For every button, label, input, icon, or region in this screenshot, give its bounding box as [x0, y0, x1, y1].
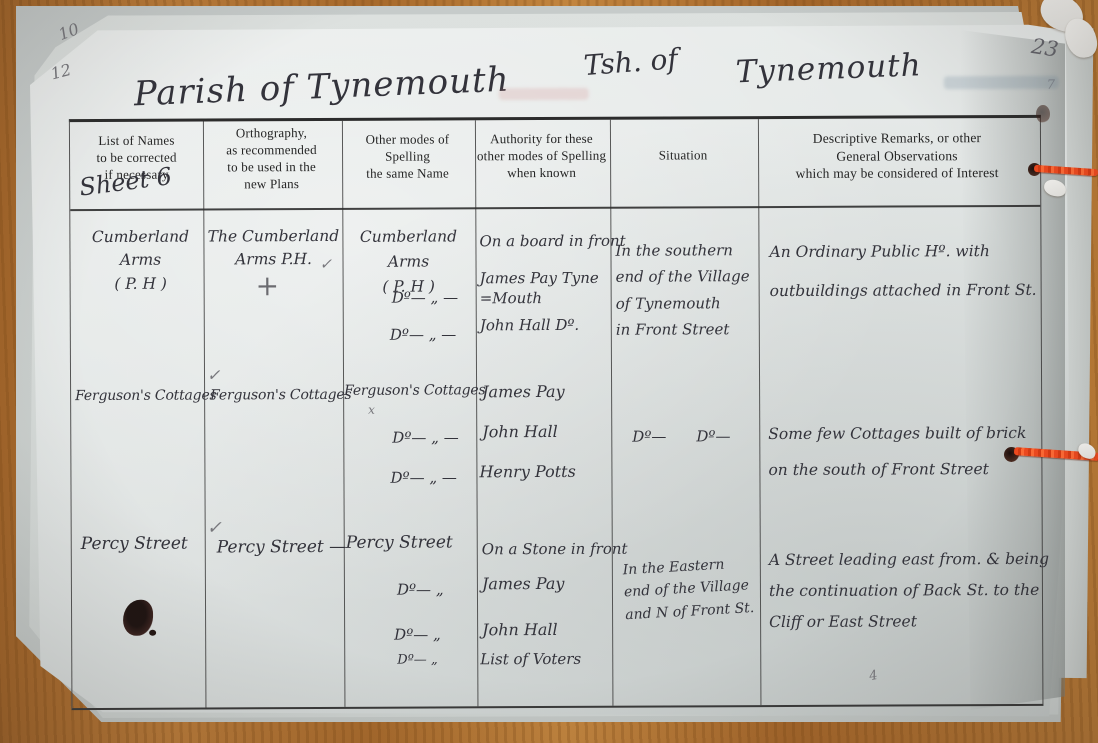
row3-orthography: Percy Street —: [217, 537, 346, 558]
row3-ditto-1: Dº— „: [397, 580, 444, 598]
row2-authority-3: Henry Potts: [479, 462, 575, 481]
row3-name: Percy Street: [81, 534, 188, 554]
column-header-authority: Authority for these other modes of Spell…: [474, 131, 609, 182]
row3-ditto-2: Dº— „: [394, 625, 441, 643]
photo-of-register-page: 10 12 23 7 4 Parish of Tynemouth Tsh. of…: [0, 0, 1098, 743]
folio-number-behind: 10: [56, 19, 82, 44]
row1-check-mark: ✓: [319, 255, 332, 273]
row2-check-mark: ✓: [207, 365, 220, 384]
row2-authority-1: James Pay: [482, 382, 565, 401]
row3-ditto-3: Dº— „: [397, 652, 437, 667]
ink-bleedthrough-blue: [944, 76, 1059, 90]
row3-authority-4: List of Voters: [480, 650, 581, 668]
row1-ditto-2: Dº— „ —: [390, 325, 456, 343]
row2-orthography: Ferguson's Cottages: [210, 387, 351, 404]
ink-blot-dot: [149, 630, 156, 636]
column-header-situation: Situation: [609, 147, 757, 165]
folio-number-current: 12: [49, 60, 73, 83]
folio-number-right: 23: [1030, 34, 1060, 62]
row2-authority-2: John Hall: [482, 422, 558, 441]
row3-remarks: A Street leading east from. & being the …: [769, 544, 1061, 638]
header-rule: [70, 205, 1040, 211]
row2-x-mark: x: [368, 403, 375, 417]
row2-name: Ferguson's Cottages: [75, 387, 216, 404]
row1-cross-mark: +: [256, 269, 280, 302]
row1-authority-2: James Pay Tyne =Mouth: [480, 268, 599, 309]
row3-situation: In the Eastern end of the Village and N …: [622, 551, 766, 626]
row2-situation-ditto: Dº— Dº—: [632, 427, 730, 445]
row1-name: Cumberland Arms ( P. H ): [75, 225, 205, 295]
binding-tear: [1036, 105, 1050, 123]
column-header-remarks: Descriptive Remarks, or other General Ob…: [757, 129, 1037, 183]
row1-remarks: An Ordinary Public Hº. with outbuildings…: [769, 232, 1041, 311]
document-content: 10 12 23 7 4 Parish of Tynemouth Tsh. of…: [0, 0, 1098, 743]
row3-authority-2: James Pay: [482, 574, 565, 593]
row1-situation: In the southern end of the Village of Ty…: [615, 237, 757, 343]
row2-ditto-1: Dº— „ —: [392, 428, 458, 446]
township-abbreviation: Tsh. of: [583, 42, 679, 82]
row3-other-spelling: Percy Street: [346, 532, 453, 552]
row1-authority-3: John Hall Dº.: [480, 316, 579, 334]
row1-ditto-1: Dº— „ —: [392, 288, 458, 306]
parish-title: Parish of Tynemouth: [133, 60, 510, 115]
row3-authority-3: John Hall: [482, 620, 558, 639]
township-name: Tynemouth: [735, 47, 922, 90]
row2-other-spelling: Ferguson's Cottages: [344, 382, 485, 399]
row3-authority-1: On a Stone in front: [482, 540, 628, 559]
column-header-other-modes: Other modes of Spelling the same Name: [341, 131, 474, 182]
ink-bleedthrough-pink: [499, 88, 589, 100]
column-header-orthography: Orthography, as recommended to be used i…: [202, 125, 341, 193]
row1-authority-1: On a board in front: [479, 232, 625, 251]
row2-ditto-2: Dº— „ —: [390, 468, 456, 486]
row3-check-mark: ✓: [207, 517, 222, 538]
